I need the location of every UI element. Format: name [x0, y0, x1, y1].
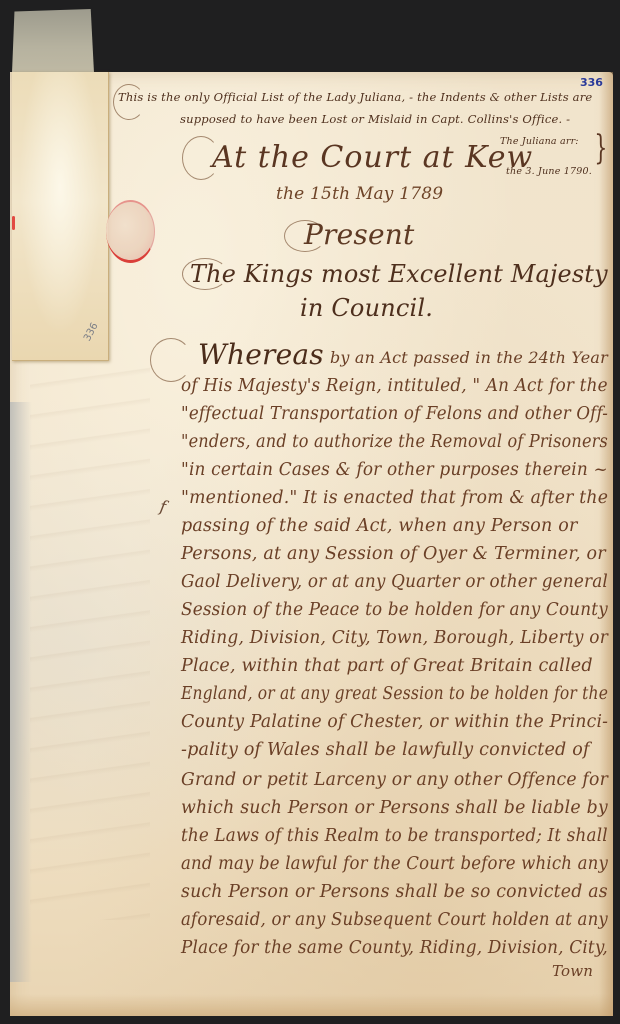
body-line: Session of the Peace to be holden for an… [181, 600, 608, 620]
side-note-line-2: the 3. June 1790. [506, 166, 592, 177]
body-line: Grand or petit Larceny or any other Offe… [181, 770, 608, 790]
side-note-line-1: The Juliana arr: [500, 136, 579, 147]
body-line: England, or at any great Session to be h… [181, 684, 608, 704]
bleed-through-text [30, 360, 150, 920]
present-heading: Present [304, 218, 414, 251]
body-line: Place for the same County, Riding, Divis… [181, 938, 608, 958]
body-line: Persons, at any Session of Oyer & Termin… [181, 544, 606, 564]
page-title: At the Court at Kew [212, 140, 533, 175]
body-line: the Laws of this Realm to be transported… [181, 826, 608, 846]
header-note-line-1: This is the only Official List of the La… [118, 90, 592, 104]
body-line: Gaol Delivery, or at any Quarter or othe… [181, 572, 608, 592]
date-line: the 15th May 1789 [276, 184, 443, 204]
body-line: aforesaid, or any Subsequent Court holde… [181, 910, 608, 930]
seal-fragment-icon [12, 216, 15, 230]
body-line: such Person or Persons shall be so convi… [181, 882, 608, 902]
body-line: and may be lawful for the Court before w… [181, 854, 608, 874]
council-heading-line-1: The Kings most Excellent Majesty [190, 260, 608, 288]
body-line: Riding, Division, City, Town, Borough, L… [181, 628, 608, 648]
folio-stamp: 336 [580, 76, 603, 89]
water-stain [10, 402, 32, 982]
archival-tab-top [12, 9, 94, 73]
archival-paper-tab: 336 [12, 72, 109, 361]
wax-seal-icon [106, 200, 155, 263]
brace-icon: } [594, 128, 607, 168]
page-bottom-edge [10, 994, 613, 1016]
body-line: "in certain Cases & for other purposes t… [181, 460, 608, 480]
body-line-1: by an Act passed in the 24th Year [330, 348, 608, 367]
document-viewer: 336 336 This is the only Official List o… [0, 0, 620, 1024]
body-line: passing of the said Act, when any Person… [181, 516, 578, 536]
body-line: which such Person or Persons shall be li… [181, 798, 608, 818]
council-heading-line-2: in Council. [300, 294, 433, 322]
body-line: of His Majesty's Reign, intituled, " An … [181, 376, 608, 396]
body-opening-word: Whereas [198, 338, 324, 371]
tab-folio-number: 336 [82, 321, 101, 343]
body-line: "enders, and to authorize the Removal of… [181, 432, 608, 452]
body-line: "mentioned." It is enacted that from & a… [181, 488, 608, 508]
body-line: -pality of Wales shall be lawfully convi… [181, 740, 590, 760]
body-line: County Palatine of Chester, or within th… [181, 712, 608, 732]
header-note-line-2: supposed to have been Lost or Mislaid in… [180, 112, 570, 126]
catchword: Town [552, 962, 593, 980]
body-line: Place, within that part of Great Britain… [181, 656, 593, 676]
body-line: "effectual Transportation of Felons and … [181, 404, 608, 424]
